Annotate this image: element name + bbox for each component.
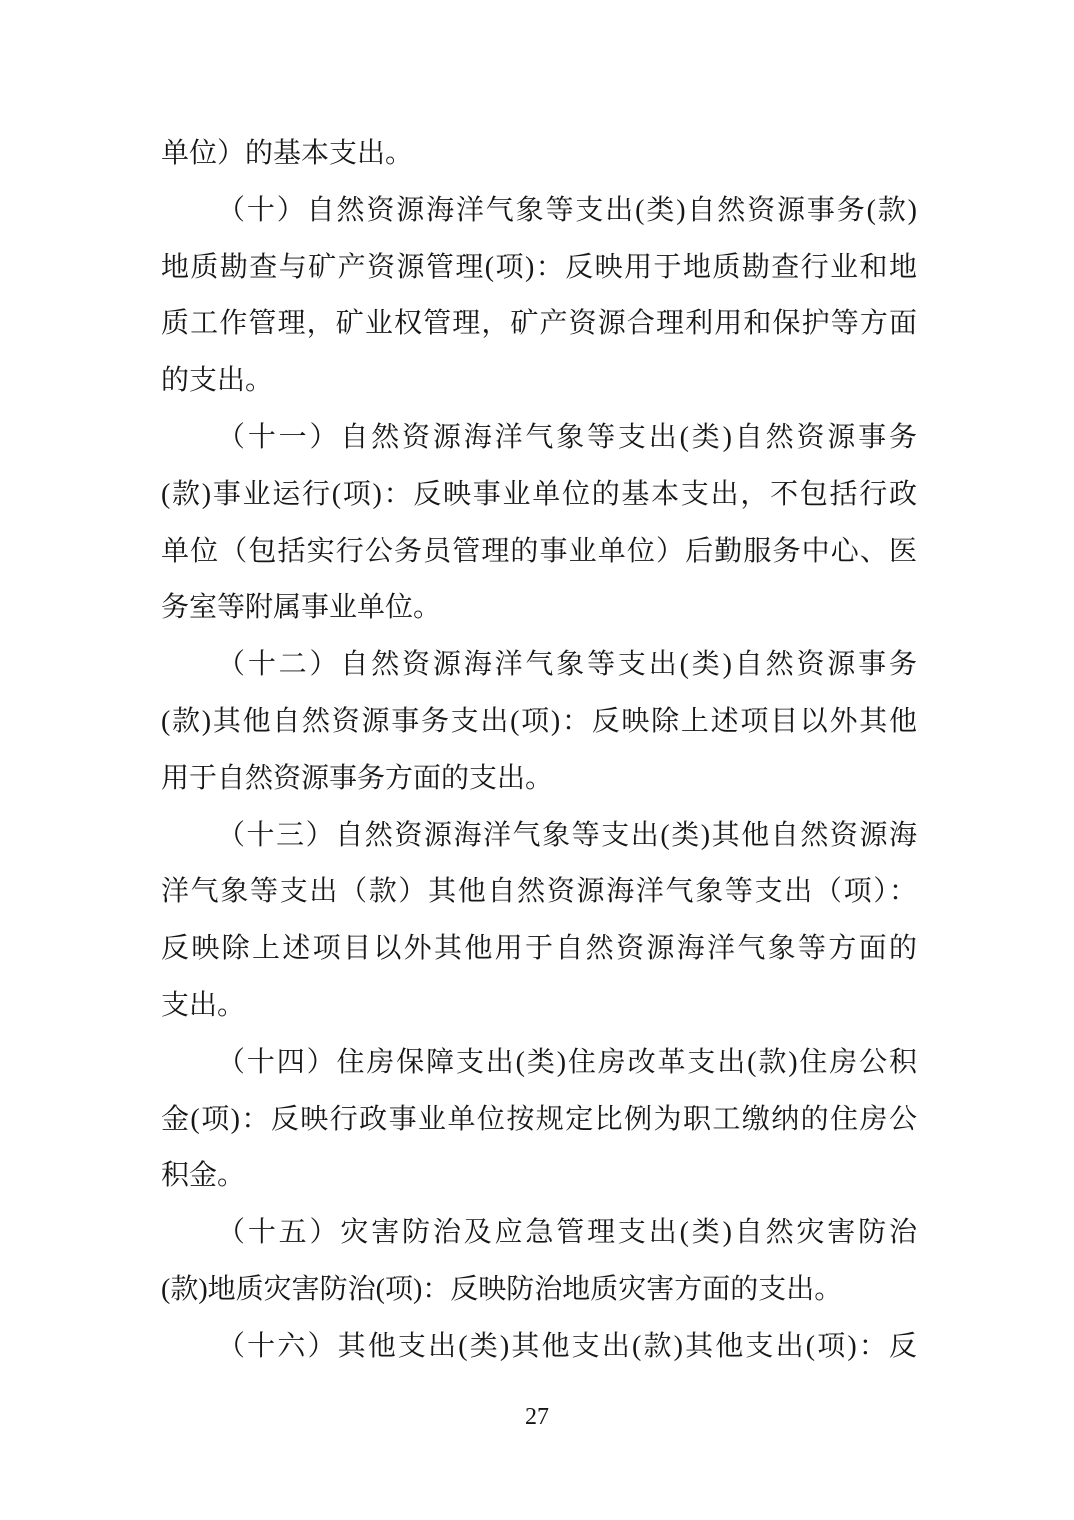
text-line: （十六）其他支出(类)其他支出(款)其他支出(项)：反: [161, 1319, 917, 1376]
text-line: 单位（包括实行公务员管理的事业单位）后勤服务中心、医: [161, 524, 917, 581]
text-line: 的支出。: [161, 353, 917, 410]
text-line: (款)地质灾害防治(项)：反映防治地质灾害方面的支出。: [161, 1262, 917, 1319]
text-line: 质工作管理，矿业权管理，矿产资源合理利用和保护等方面: [161, 296, 917, 353]
text-line: 支出。: [161, 978, 917, 1035]
text-line: 积金。: [161, 1148, 917, 1205]
text-line: （十五）灾害防治及应急管理支出(类)自然灾害防治: [161, 1205, 917, 1262]
text-line: （十四）住房保障支出(类)住房改革支出(款)住房公积: [161, 1035, 917, 1092]
text-line: 洋气象等支出（款）其他自然资源海洋气象等支出（项）：: [161, 864, 917, 921]
text-line: （十一）自然资源海洋气象等支出(类)自然资源事务: [161, 410, 917, 467]
text-line: 单位）的基本支出。: [161, 126, 917, 183]
text-line: 务室等附属事业单位。: [161, 580, 917, 637]
document-page: 单位）的基本支出。（十）自然资源海洋气象等支出(类)自然资源事务(款)地质勘查与…: [0, 0, 1074, 1520]
text-line: （十三）自然资源海洋气象等支出(类)其他自然资源海: [161, 808, 917, 865]
text-line: (款)其他自然资源事务支出(项)：反映除上述项目以外其他: [161, 694, 917, 751]
text-line: 用于自然资源事务方面的支出。: [161, 751, 917, 808]
text-line: （十二）自然资源海洋气象等支出(类)自然资源事务: [161, 637, 917, 694]
text-line: 反映除上述项目以外其他用于自然资源海洋气象等方面的: [161, 921, 917, 978]
text-line: 地质勘查与矿产资源管理(项)：反映用于地质勘查行业和地: [161, 240, 917, 297]
text-line: （十）自然资源海洋气象等支出(类)自然资源事务(款): [161, 183, 917, 240]
page-number: 27: [0, 1402, 1074, 1432]
text-line: (款)事业运行(项)：反映事业单位的基本支出，不包括行政: [161, 467, 917, 524]
text-line: 金(项)：反映行政事业单位按规定比例为职工缴纳的住房公: [161, 1092, 917, 1149]
document-body: 单位）的基本支出。（十）自然资源海洋气象等支出(类)自然资源事务(款)地质勘查与…: [161, 126, 917, 1376]
